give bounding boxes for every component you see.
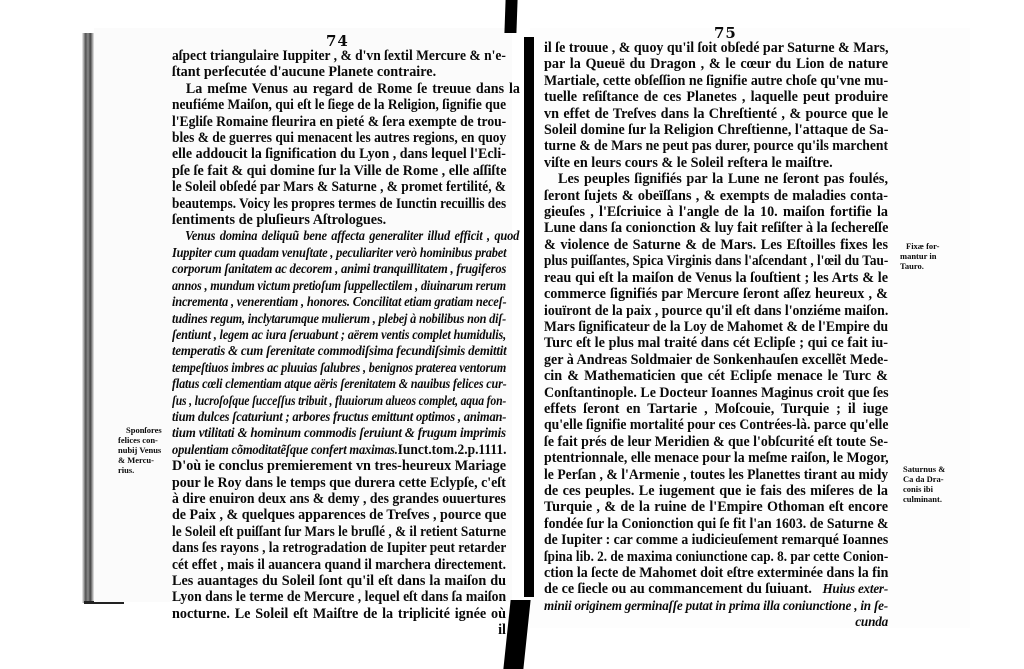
text-line: ſtant perſecutée d'aucune Planete contra… <box>172 64 506 80</box>
catchword: cunda <box>544 614 888 630</box>
text-line: La meſme Venus au regard de Rome ſe treu… <box>172 81 520 97</box>
latin-quote-line: annos , mundum victum pretioſum ſuppelle… <box>172 278 506 294</box>
margin-note-fixed-stars: Fixæ for- mantur in Tauro. <box>900 241 950 271</box>
text-line: D'où ie conclus premierement vn tres-heu… <box>172 458 506 474</box>
text-line: le Soleil eſt puiſſant ſur Mars le bruſl… <box>172 524 506 540</box>
margin-note-line: Fixæ for- <box>900 241 950 251</box>
latin-quote-line: minii originem germinaſſe putat in prima… <box>544 598 888 614</box>
latin-quote-line: corporum ſanitatem ac decorem , animi tr… <box>172 261 506 277</box>
text-line: elle addoucit la ſignification du Lyon ,… <box>172 146 506 162</box>
text-line: Lyon dans le terme de Mercure , lequel e… <box>172 589 506 605</box>
text-line: il ſe trouue , & quoy qu'il ſoit obſedé … <box>544 40 888 56</box>
text-line: à dire enuiron deux ans & demy , des gra… <box>172 491 506 507</box>
text-line: ction la ſecte de Mahomet doit eſtre ext… <box>544 565 888 581</box>
text-line: Turc eſt le plus mal traité dans cét Ecl… <box>544 335 888 351</box>
right-page-body: il ſe trouue , & quoy qu'il ſoit obſedé … <box>544 40 888 631</box>
latin-quote-line: ſentiunt , legem ac iura ſeruabunt ; aër… <box>172 327 506 343</box>
margin-note-line: culminant. <box>903 494 967 504</box>
text-line: qu'elle ſignifie mortalité pour ces Cont… <box>544 417 888 433</box>
margin-note-line: mantur in <box>900 251 950 261</box>
text-line: & violence de Saturne & de Mars. Les Eſt… <box>544 237 888 253</box>
text-line: ſe fait prés de leur Meridien & que l'ob… <box>544 434 888 450</box>
latin-quote-line: Iuppiter cum quadam venuſtate , peculiar… <box>172 245 506 261</box>
margin-note-line: Sponſores <box>118 425 172 435</box>
text-line: beautemps. Voicy les propres termes de I… <box>172 196 506 212</box>
text-line: pſe ſe fait & qui domine ſur la Ville de… <box>172 163 506 179</box>
margin-note-saturn: Saturnus & Ca da Dra- conis ibi culminan… <box>903 464 967 504</box>
text-line: ſentiments de pluſieurs Aſtrologues. <box>172 212 506 228</box>
text-fragment: de ce ſiecle ou au commancement du ſuiua… <box>544 581 812 597</box>
text-line: fondée ſur la Conionction qui ſe fit l'a… <box>544 516 888 532</box>
margin-note-line: Ca da Dra- <box>903 474 967 484</box>
latin-quote-line: Venus domina deliquũ bene affecta genera… <box>172 228 519 244</box>
text-line: vn effet de Treſves dans la Chreſtienté … <box>544 106 888 122</box>
margin-note-line: conis ibi <box>903 484 967 494</box>
text-line: viſte en leurs cours & le Soleil reſtera… <box>544 155 888 171</box>
text-line: cin & Mathematicien que cét Eclipſe mena… <box>544 368 888 384</box>
text-line: iouïront de la paix , pource qu'il eſt d… <box>544 303 888 319</box>
latin-quote-line: incrementa , venerentiam , honores. Conc… <box>172 294 506 310</box>
text-line: Mars ſignificateur de la Loy de Mahomet … <box>544 319 888 335</box>
latin-quote-line: tempeſtiuos imbres ac pluuias ſalubres ,… <box>172 360 506 376</box>
citation: Iunct.tom.2.p.1111. <box>398 442 507 458</box>
text-line: Les auantages du Soleil ſont qu'il eſt d… <box>172 573 506 589</box>
catchword: il <box>172 622 506 638</box>
text-line: gieuſes , l'Eſcriuice à l'angle de la 10… <box>544 204 888 220</box>
margin-note-line: & Mercu- <box>118 455 172 465</box>
text-line: ſeront ſujets & obeïſſans , & exempts de… <box>544 188 888 204</box>
text-line: dans ſes rayons , la retrogradation de I… <box>172 540 506 556</box>
latin-quote-line: tudines regum, inclytarumque mulierum , … <box>172 311 506 327</box>
text-line: Lune dans ſa conionction & luy fait reſi… <box>544 220 888 236</box>
margin-note-line: nubij Venus <box>118 445 172 455</box>
binding-gutter <box>524 37 534 597</box>
text-line: neufiéme Maiſon, qui eſt le ſiege de la … <box>172 97 506 113</box>
latin-quote-line: temperatis & cum ſerenitate commodiſsima… <box>172 343 506 359</box>
text-line: le Soleil obſedé par Mars & Saturne , & … <box>172 179 506 195</box>
text-line: Conſtantinople. Le Docteur Ioannes Magin… <box>544 385 888 401</box>
text-line: l'Egliſe Romaine fleurira en pieté & ſer… <box>172 114 506 130</box>
text-line: plus puiſſantes, Spica Virginis dans l'a… <box>544 253 888 269</box>
text-line: cét effet , mais il auancera quand il ma… <box>172 557 506 573</box>
text-line: ſpina lib. 2. de maxima coniunctione cap… <box>544 549 888 565</box>
latin-quote-line: tium vtilitati & hominum commodis ſeruiu… <box>172 425 506 441</box>
text-line: Les peuples ſignifiés par la Lune ne ſer… <box>544 171 888 187</box>
text-line-with-latin: de ce ſiecle ou au commancement du ſuiua… <box>544 581 888 597</box>
margin-note-line: Tauro. <box>900 261 950 271</box>
text-line: par la Queuë du Dragon , & le cœur du Li… <box>544 56 888 72</box>
margin-note-left: Sponſores felices con- nubij Venus & Mer… <box>118 425 172 475</box>
text-line: Turquie , & de la ruine de l'Empire Otho… <box>544 499 888 515</box>
latin-quote-line: opulentiam cõmoditatẽſque confert maxima… <box>172 442 398 457</box>
text-line: tuelle reſiſtance de ces Planetes , laqu… <box>544 89 888 105</box>
book-edge-shadow <box>82 33 94 603</box>
text-line: reau qui eſt la maiſon de Venus la ſouſt… <box>544 270 888 286</box>
left-page-body: aſpect triangulaire Iuppiter , & d'vn ſe… <box>172 48 506 639</box>
text-line: effets ſeront en Tartarie , Moſcouie, Tu… <box>544 401 888 417</box>
text-line: le Perſan , & l'Armenie , toutes les Pla… <box>544 467 888 483</box>
margin-note-line: felices con- <box>118 435 172 445</box>
text-line: pour le Roy dans le temps que durera cet… <box>172 475 506 491</box>
text-line: nocturne. Le Soleil eſt Maiſtre de la tr… <box>172 606 506 622</box>
latin-quote-line: flatus cœli clementiam atque aëris ſeren… <box>172 376 506 392</box>
binding-gutter-bottom <box>503 600 530 669</box>
text-line: ger à Andreas Soldmaier de Sonkenhauſen … <box>544 352 888 368</box>
latin-fragment: Huius exter- <box>822 581 888 596</box>
binding-gutter-top <box>504 0 517 33</box>
latin-quote-final-line: opulentiam cõmoditatẽſque confert maxima… <box>172 442 506 458</box>
text-line: de Paix , & quelques apparences de Treſv… <box>172 507 506 523</box>
text-line: de Iupiter : car comme a iudicieuſement … <box>544 532 888 548</box>
text-line: bles & de guerres qui menacent les autre… <box>172 130 506 146</box>
latin-quote-line: ſus , lucroſoſque ſucceſſus tribuit , fl… <box>172 393 506 409</box>
margin-note-line: rius. <box>118 465 172 475</box>
latin-quote-line: tium dulces ſcaturiunt ; arbores fructus… <box>172 409 506 425</box>
text-line: commerce ſignifiés par Mercure ſeront aſ… <box>544 286 888 302</box>
margin-note-line: Saturnus & <box>903 464 967 474</box>
text-line: Soleil domine ſur la Religion Chreſtienn… <box>544 122 888 138</box>
text-line: de ces peuples. Le iugement que ie fais … <box>544 483 888 499</box>
text-line: ptentrionnale, elle menace pour la meſme… <box>544 450 888 466</box>
text-line: Martiale, cette obſeſſion ne ſignifie au… <box>544 73 888 89</box>
text-line: turne & de Mars ne peut pas durer, pourc… <box>544 138 888 154</box>
text-line: aſpect triangulaire Iuppiter , & d'vn ſe… <box>172 48 506 64</box>
